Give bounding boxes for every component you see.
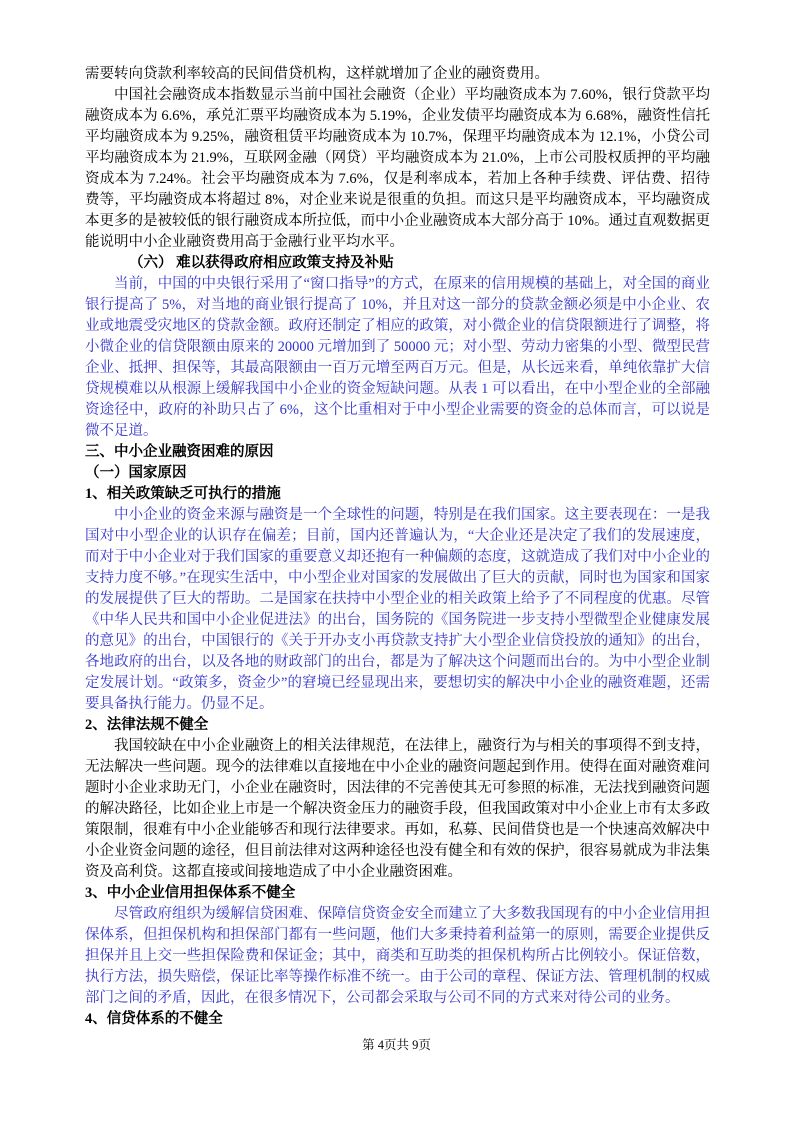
paragraph-policy-measures: 中小企业的资金来源与融资是一个全球性的问题，特别是在我们国家。这主要表现在：一是…: [85, 505, 710, 715]
paragraph-laws: 我国较缺在中小企业融资上的相关法律规范，在法律上，融资行为与相关的事项得不到支持…: [85, 736, 710, 883]
document-page: 需要转向贷款利率较高的民间借贷机构，这样就增加了企业的融资费用。 中国社会融资成…: [0, 0, 793, 1122]
subsection-heading-4-credit-system: 4、信贷体系的不健全: [85, 1009, 710, 1030]
section-heading-one-national-reason: （一）国家原因: [85, 463, 710, 484]
paragraph-financing-cost-index: 中国社会融资成本指数显示当前中国社会融资（企业）平均融资成本为 7.60%，银行…: [85, 85, 710, 253]
paragraph-guarantee-system: 尽管政府组织为缓解信贷困难、保障信贷资金安全而建立了大多数我国现有的中小企业信用…: [85, 904, 710, 1009]
subsection-heading-2-laws: 2、法律法规不健全: [85, 715, 710, 736]
subsection-heading-1-policy-measures: 1、相关政策缺乏可执行的措施: [85, 484, 710, 505]
chapter-heading-three-reasons: 三、中小企业融资困难的原因: [85, 442, 710, 463]
subsection-heading-3-guarantee-system: 3、中小企业信用担保体系不健全: [85, 883, 710, 904]
section-heading-six-policy-support: （六） 难以获得政府相应政策支持及补贴: [85, 253, 710, 274]
page-footer: 第 4页共 9页: [0, 1035, 793, 1056]
paragraph-financing-cost-intro: 需要转向贷款利率较高的民间借贷机构，这样就增加了企业的融资费用。: [85, 64, 710, 85]
document-body: 需要转向贷款利率较高的民间借贷机构，这样就增加了企业的融资费用。 中国社会融资成…: [85, 64, 710, 1030]
paragraph-window-guidance: 当前，中国的中央银行采用了“窗口指导”的方式，在原来的信用规模的基础上，对全国的…: [85, 274, 710, 442]
page-number: 第 4页共 9页: [362, 1038, 431, 1052]
